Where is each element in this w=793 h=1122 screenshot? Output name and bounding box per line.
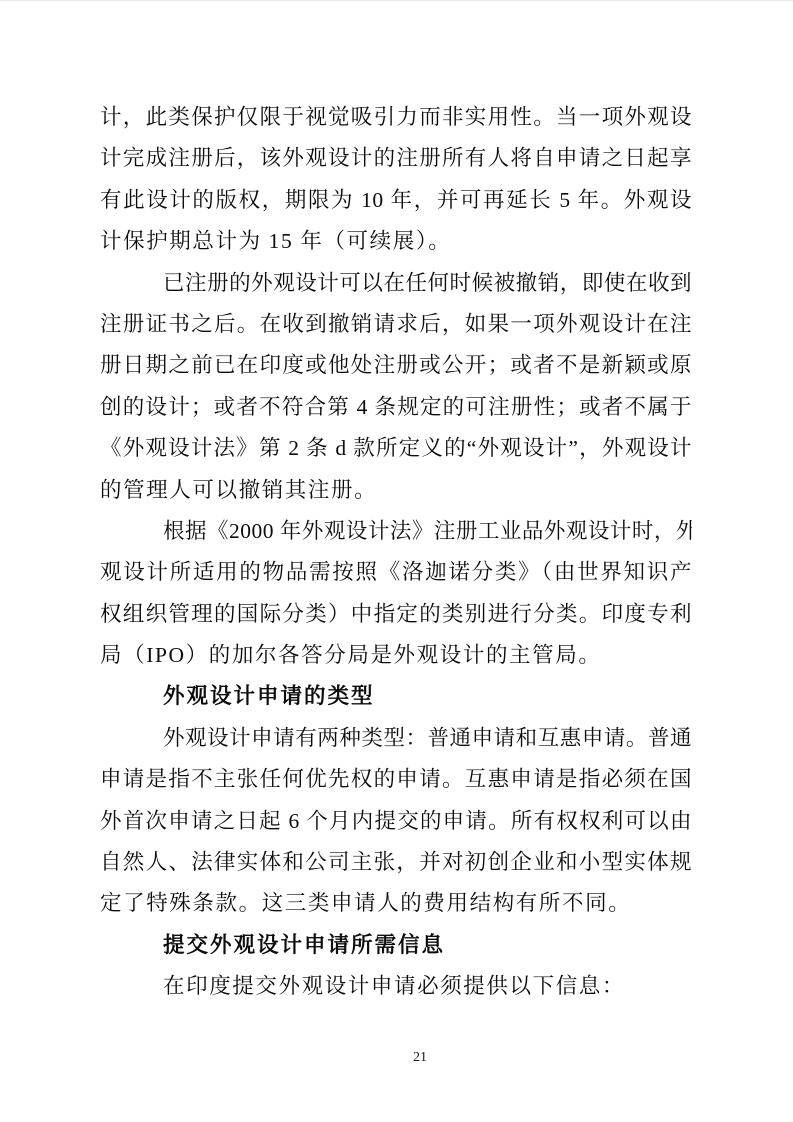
body-line: 外观设计申请有两种类型：普通申请和互惠申请。普通 <box>100 718 692 759</box>
section-heading: 提交外观设计申请所需信息 <box>100 925 692 966</box>
body-line: 申请是指不主张任何优先权的申请。互惠申请是指必须在国 <box>100 759 692 800</box>
page-number: 21 <box>402 1049 438 1067</box>
document-body: 计，此类保护仅限于视觉吸引力而非实用性。当一项外观设 计完成注册后，该外观设计的… <box>100 97 692 1008</box>
body-line: 已注册的外观设计可以在任何时候被撤销，即使在收到 <box>100 263 692 304</box>
body-line: 《外观设计法》第 2 条 d 款所定义的“外观设计”，外观设计 <box>100 428 692 469</box>
body-line: 创的设计；或者不符合第 4 条规定的可注册性；或者不属于 <box>100 387 692 428</box>
body-line: 观设计所适用的物品需按照《洛迦诺分类》（由世界知识产 <box>100 552 692 593</box>
body-line: 注册证书之后。在收到撤销请求后，如果一项外观设计在注 <box>100 304 692 345</box>
body-line: 在印度提交外观设计申请必须提供以下信息： <box>100 966 692 1007</box>
body-line: 局（IPO）的加尔各答分局是外观设计的主管局。 <box>100 635 692 676</box>
body-line: 有此设计的版权，期限为 10 年，并可再延长 5 年。外观设 <box>100 180 692 221</box>
body-line: 根据《2000 年外观设计法》注册工业品外观设计时，外 <box>100 511 692 552</box>
body-line: 计保护期总计为 15 年（可续展）。 <box>100 221 692 262</box>
body-line: 计完成注册后，该外观设计的注册所有人将自申请之日起享 <box>100 138 692 179</box>
body-line: 外首次申请之日起 6 个月内提交的申请。所有权权利可以由 <box>100 801 692 842</box>
body-line: 自然人、法律实体和公司主张，并对初创企业和小型实体规 <box>100 842 692 883</box>
body-line: 的管理人可以撤销其注册。 <box>100 470 692 511</box>
body-line: 定了特殊条款。这三类申请人的费用结构有所不同。 <box>100 883 692 924</box>
body-line: 权组织管理的国际分类）中指定的类别进行分类。印度专利 <box>100 594 692 635</box>
section-heading: 外观设计申请的类型 <box>100 676 692 717</box>
body-line: 册日期之前已在印度或他处注册或公开；或者不是新颖或原 <box>100 345 692 386</box>
body-line: 计，此类保护仅限于视觉吸引力而非实用性。当一项外观设 <box>100 97 692 138</box>
page-top-edge <box>0 0 793 1</box>
